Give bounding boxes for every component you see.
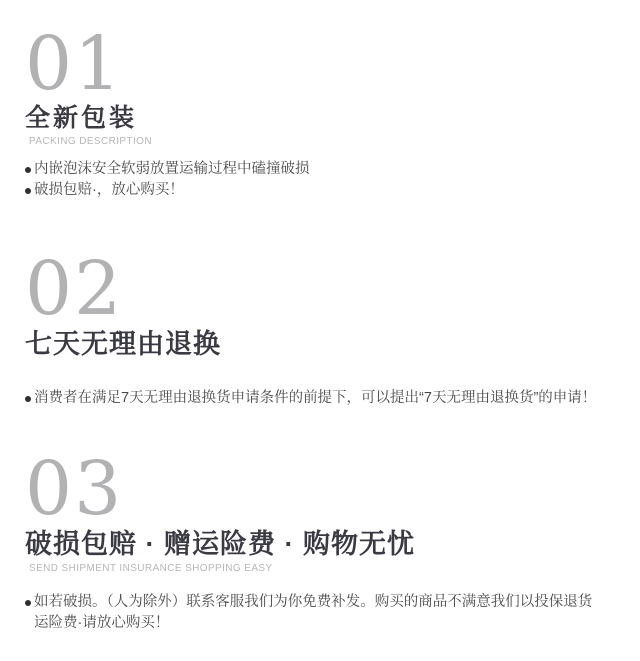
bullet-item: 内嵌泡沫安全软弱放置运输过程中磕撞破损 (25, 159, 620, 180)
section-number: 02 (25, 255, 620, 323)
section-title: 七天无理由退换 (25, 329, 620, 360)
bullet-text: 内嵌泡沫安全软弱放置运输过程中磕撞破损 (34, 159, 310, 180)
bullet-item: 如若破损。（人为除外）联系客服我们为你免费补发。购买的商品不满意我们以投保退货运… (25, 592, 620, 634)
bullet-dot-icon (25, 396, 31, 402)
bullet-list: 消费者在满足7天无理由退换货申请条件的前提下，可以提出“7天无理由退换货”的申请… (25, 388, 620, 409)
bullet-text: 破损包赔·，放心购买！ (34, 180, 184, 201)
bullet-dot-icon (25, 167, 31, 173)
bullet-text: 消费者在满足7天无理由退换货申请条件的前提下，可以提出“7天无理由退换货”的申请… (34, 388, 596, 409)
bullet-list: 内嵌泡沫安全软弱放置运输过程中磕撞破损 破损包赔·，放心购买！ (25, 159, 620, 201)
bullet-list: 如若破损。（人为除外）联系客服我们为你免费补发。购买的商品不满意我们以投保退货运… (25, 592, 620, 634)
bullet-dot-icon (25, 600, 31, 606)
section-subtitle: PACKING DESCRIPTION (29, 136, 620, 147)
section-title: 全新包装 (25, 104, 620, 133)
bullet-item: 消费者在满足7天无理由退换货申请条件的前提下，可以提出“7天无理由退换货”的申请… (25, 388, 620, 409)
section-subtitle: SEND SHIPMENT INSURANCE SHOPPING EASY (29, 563, 620, 574)
bullet-dot-icon (25, 188, 31, 194)
section-number: 01 (25, 30, 620, 98)
section-damage-guarantee: 03 破损包赔 · 赠运险费 · 购物无忧 SEND SHIPMENT INSU… (25, 455, 620, 634)
section-title: 破损包赔 · 赠运险费 · 购物无忧 (25, 529, 620, 560)
bullet-text: 如若破损。（人为除外）联系客服我们为你免费补发。购买的商品不满意我们以投保退货运… (34, 592, 594, 634)
section-packing: 01 全新包装 PACKING DESCRIPTION 内嵌泡沫安全软弱放置运输… (25, 30, 620, 201)
bullet-item: 破损包赔·，放心购买！ (25, 180, 620, 201)
section-seven-day-return: 02 七天无理由退换 消费者在满足7天无理由退换货申请条件的前提下，可以提出“7… (25, 255, 620, 409)
product-description-page: 01 全新包装 PACKING DESCRIPTION 内嵌泡沫安全软弱放置运输… (0, 0, 640, 661)
section-number: 03 (25, 455, 620, 523)
